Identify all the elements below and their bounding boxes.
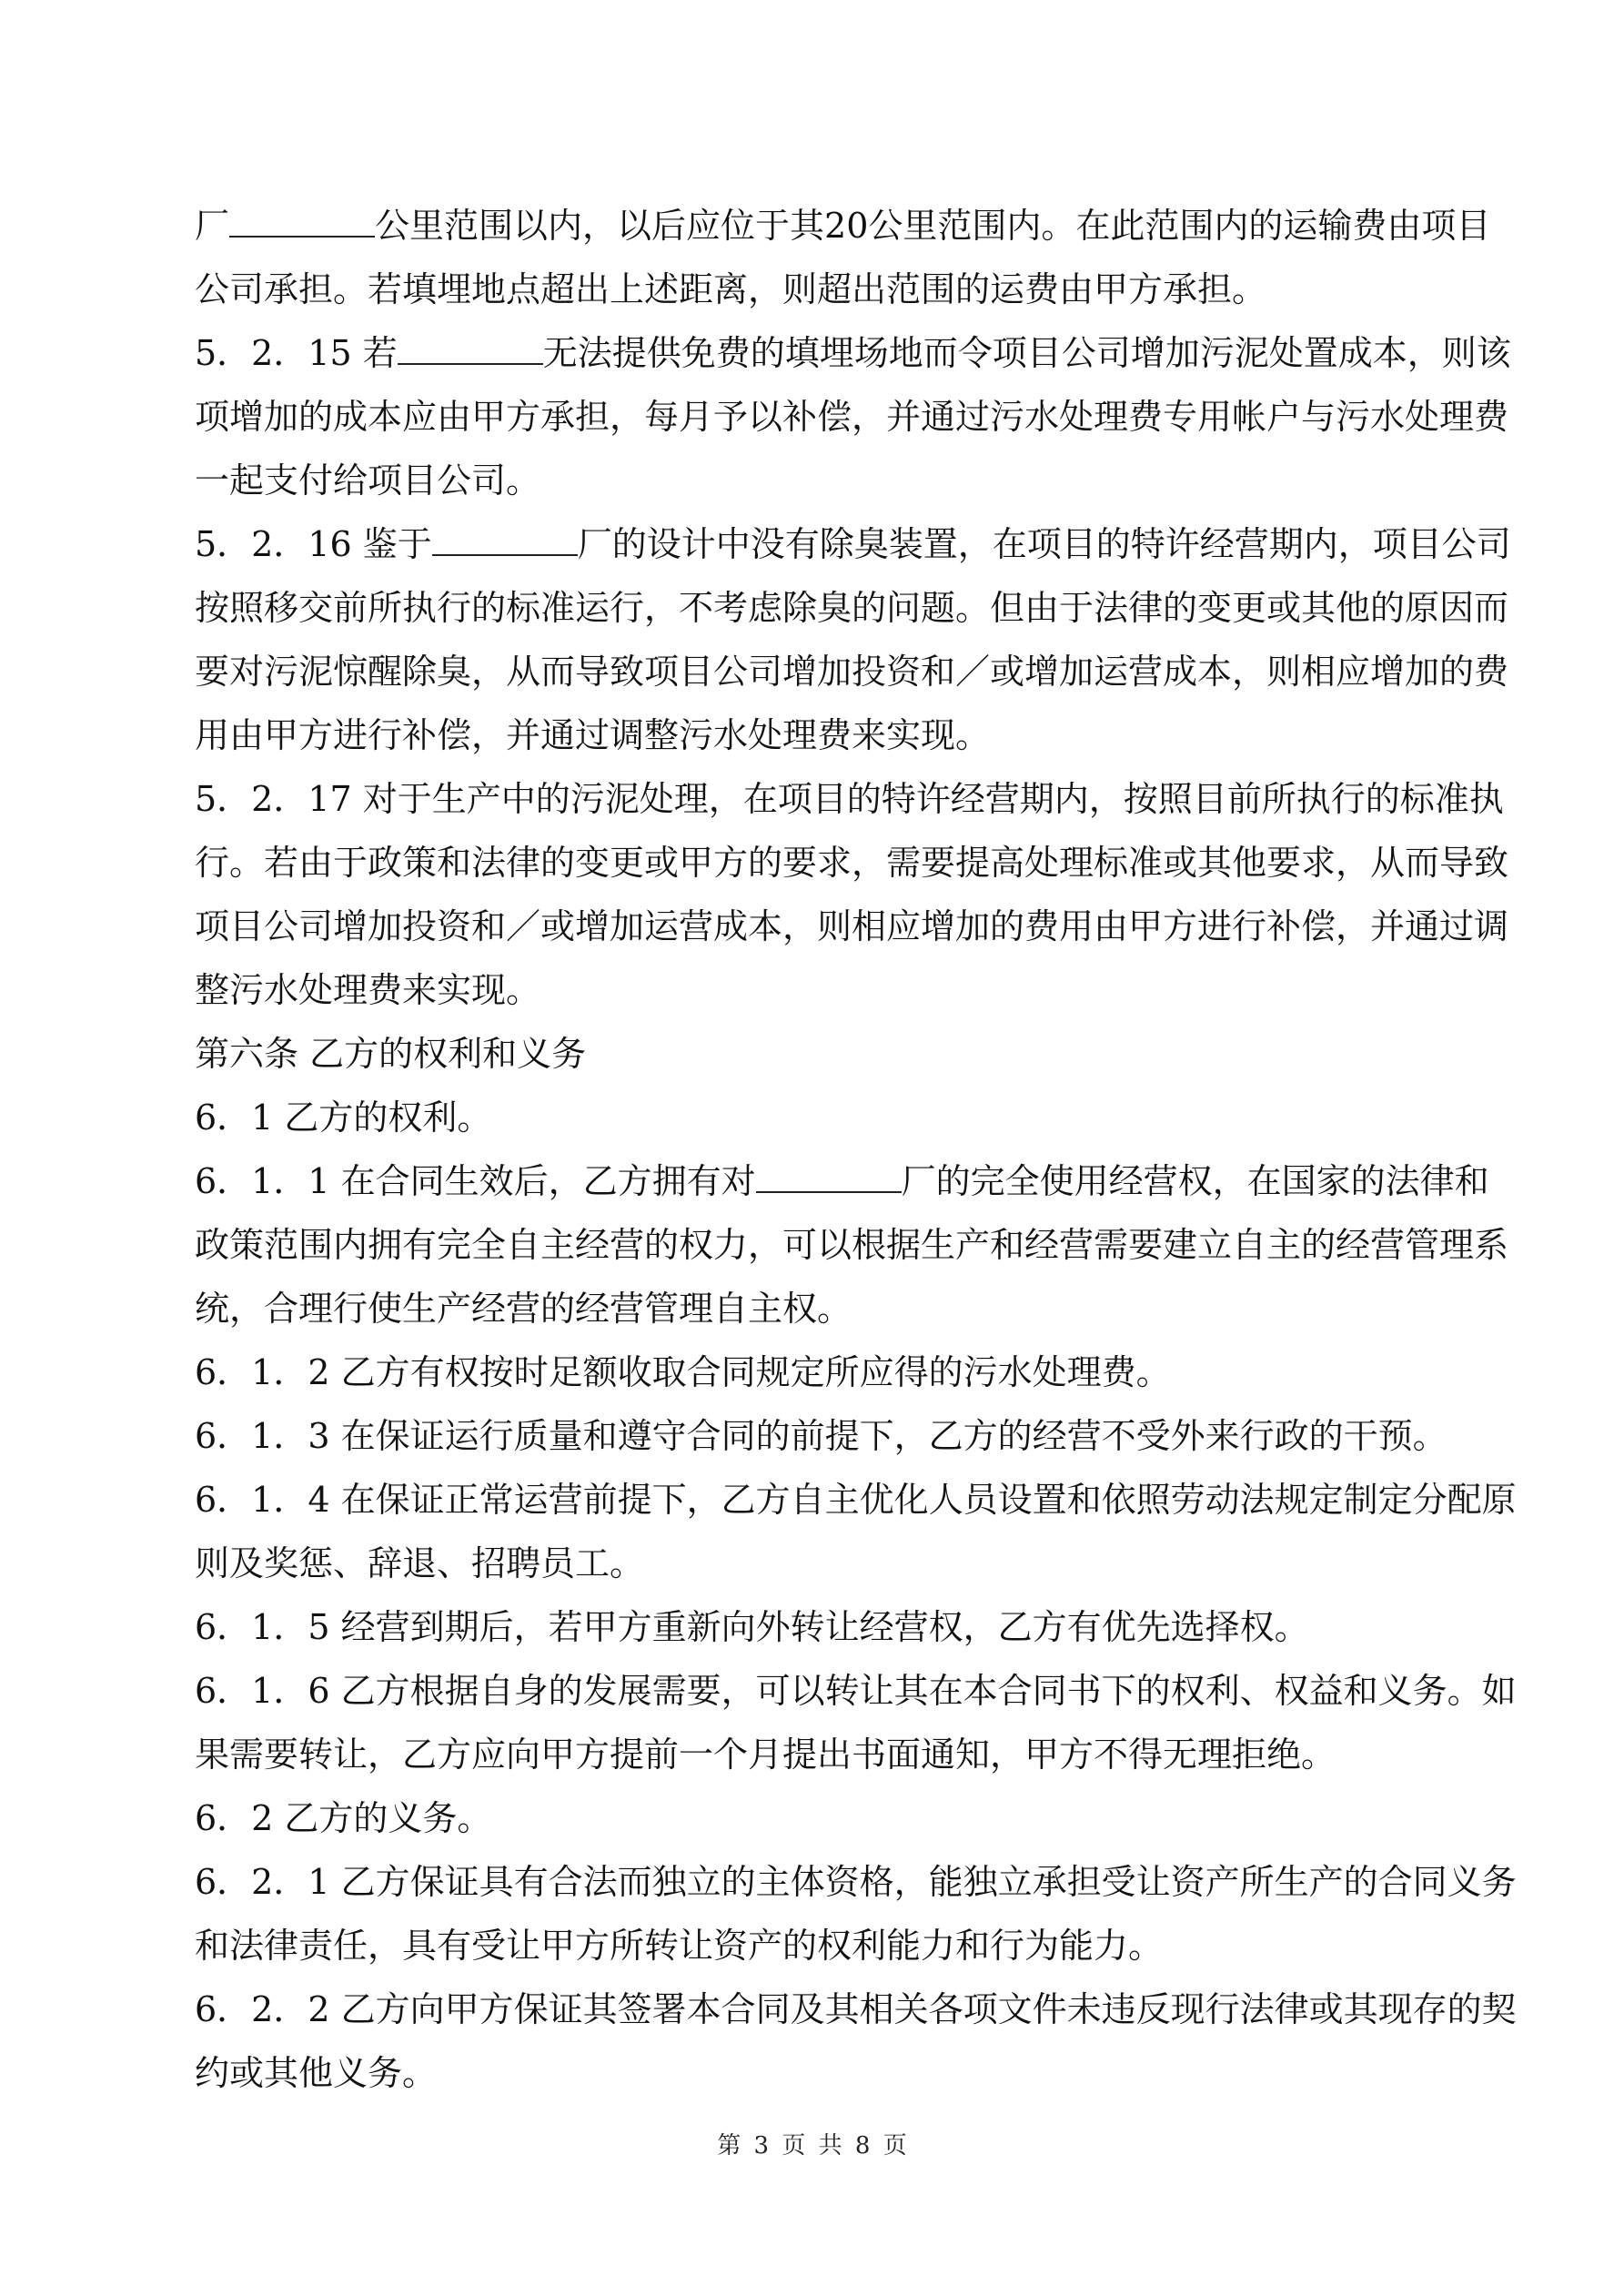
text-line: 整污水处理费来实现。 xyxy=(195,958,1428,1022)
document-body: 厂公里范围以内，以后应位于其20公里范围内。在此范围内的运输费由项目公司承担。若… xyxy=(195,194,1428,2105)
text-line: 项增加的成本应由甲方承担，每月予以补偿，并通过污水处理费专用帐户与污水处理费 xyxy=(195,385,1428,449)
text-line: 要对污泥惊醒除臭，从而导致项目公司增加投资和／或增加运营成本，则相应增加的费 xyxy=(195,640,1428,703)
fill-in-blank xyxy=(432,523,578,556)
text-line: 6．1．4 在保证正常运营前提下，乙方自主优化人员设置和依照劳动法规定制定分配原 xyxy=(195,1468,1428,1532)
document-page: 厂公里范围以内，以后应位于其20公里范围内。在此范围内的运输费由项目公司承担。若… xyxy=(0,0,1624,2296)
line-text: 厂的设计中没有除臭装置，在项目的特许经营期内，项目公司 xyxy=(578,524,1511,564)
fill-in-blank xyxy=(398,332,543,365)
fill-in-blank xyxy=(756,1160,902,1193)
text-line: 6．2．2 乙方向甲方保证其签署本合同及其相关各项文件未违反现行法律或其现存的契 xyxy=(195,1977,1428,2041)
fill-in-blank xyxy=(229,205,375,238)
text-line: 按照移交前所执行的标准运行，不考虑除臭的问题。但由于法律的变更或其他的原因而 xyxy=(195,576,1428,640)
text-line: 项目公司增加投资和／或增加运营成本，则相应增加的费用由甲方进行补偿，并通过调 xyxy=(195,895,1428,958)
line-text: 6．1．1 在合同生效后，乙方拥有对 xyxy=(195,1161,756,1201)
text-line: 5．2．17 对于生产中的污泥处理，在项目的特许经营期内，按照目前所执行的标准执 xyxy=(195,767,1428,831)
line-text: 厂 xyxy=(195,206,229,246)
line-text: 公里范围以内，以后应位于其20公里范围内。在此范围内的运输费由项目 xyxy=(375,206,1490,246)
text-line: 6．1．3 在保证运行质量和遵守合同的前提下，乙方的经营不受外来行政的干预。 xyxy=(195,1404,1428,1468)
text-line: 第六条 乙方的权利和义务 xyxy=(195,1022,1428,1086)
text-line: 6．1．5 经营到期后，若甲方重新向外转让经营权，乙方有优先选择权。 xyxy=(195,1595,1428,1659)
text-line: 5．2．16 鉴于厂的设计中没有除臭装置，在项目的特许经营期内，项目公司 xyxy=(195,512,1428,576)
text-line: 约或其他义务。 xyxy=(195,2041,1428,2105)
text-line: 果需要转让，乙方应向甲方提前一个月提出书面通知，甲方不得无理拒绝。 xyxy=(195,1723,1428,1786)
text-line: 公司承担。若填埋地点超出上述距离，则超出范围的运费由甲方承担。 xyxy=(195,258,1428,321)
line-text: 5．2．15 若 xyxy=(195,333,398,373)
text-line: 和法律责任，具有受让甲方所转让资产的权利能力和行为能力。 xyxy=(195,1914,1428,1977)
text-line: 厂公里范围以内，以后应位于其20公里范围内。在此范围内的运输费由项目 xyxy=(195,194,1428,258)
text-line: 政策范围内拥有完全自主经营的权力，可以根据生产和经营需要建立自主的经营管理系 xyxy=(195,1213,1428,1277)
text-line: 行。若由于政策和法律的变更或甲方的要求，需要提高处理标准或其他要求，从而导致 xyxy=(195,831,1428,895)
line-text: 厂的完全使用经营权，在国家的法律和 xyxy=(902,1161,1489,1201)
text-line: 则及奖惩、辞退、招聘员工。 xyxy=(195,1532,1428,1595)
page-number-footer: 第 3 页 共 8 页 xyxy=(0,2128,1624,2164)
text-line: 6．2 乙方的义务。 xyxy=(195,1786,1428,1850)
text-line: 6．2．1 乙方保证具有合法而独立的主体资格，能独立承担受让资产所生产的合同义务 xyxy=(195,1850,1428,1914)
text-line: 6．1．6 乙方根据自身的发展需要，可以转让其在本合同书下的权利、权益和义务。如 xyxy=(195,1659,1428,1723)
text-line: 5．2．15 若无法提供免费的填埋场地而令项目公司增加污泥处置成本，则该 xyxy=(195,321,1428,385)
text-line: 统，合理行使生产经营的经营管理自主权。 xyxy=(195,1277,1428,1340)
text-line: 6．1．1 在合同生效后，乙方拥有对厂的完全使用经营权，在国家的法律和 xyxy=(195,1149,1428,1213)
text-line: 6．1．2 乙方有权按时足额收取合同规定所应得的污水处理费。 xyxy=(195,1340,1428,1404)
text-line: 6．1 乙方的权利。 xyxy=(195,1086,1428,1149)
text-line: 用由甲方进行补偿，并通过调整污水处理费来实现。 xyxy=(195,703,1428,767)
line-text: 无法提供免费的填埋场地而令项目公司增加污泥处置成本，则该 xyxy=(543,333,1511,373)
line-text: 5．2．16 鉴于 xyxy=(195,524,432,564)
text-line: 一起支付给项目公司。 xyxy=(195,449,1428,512)
